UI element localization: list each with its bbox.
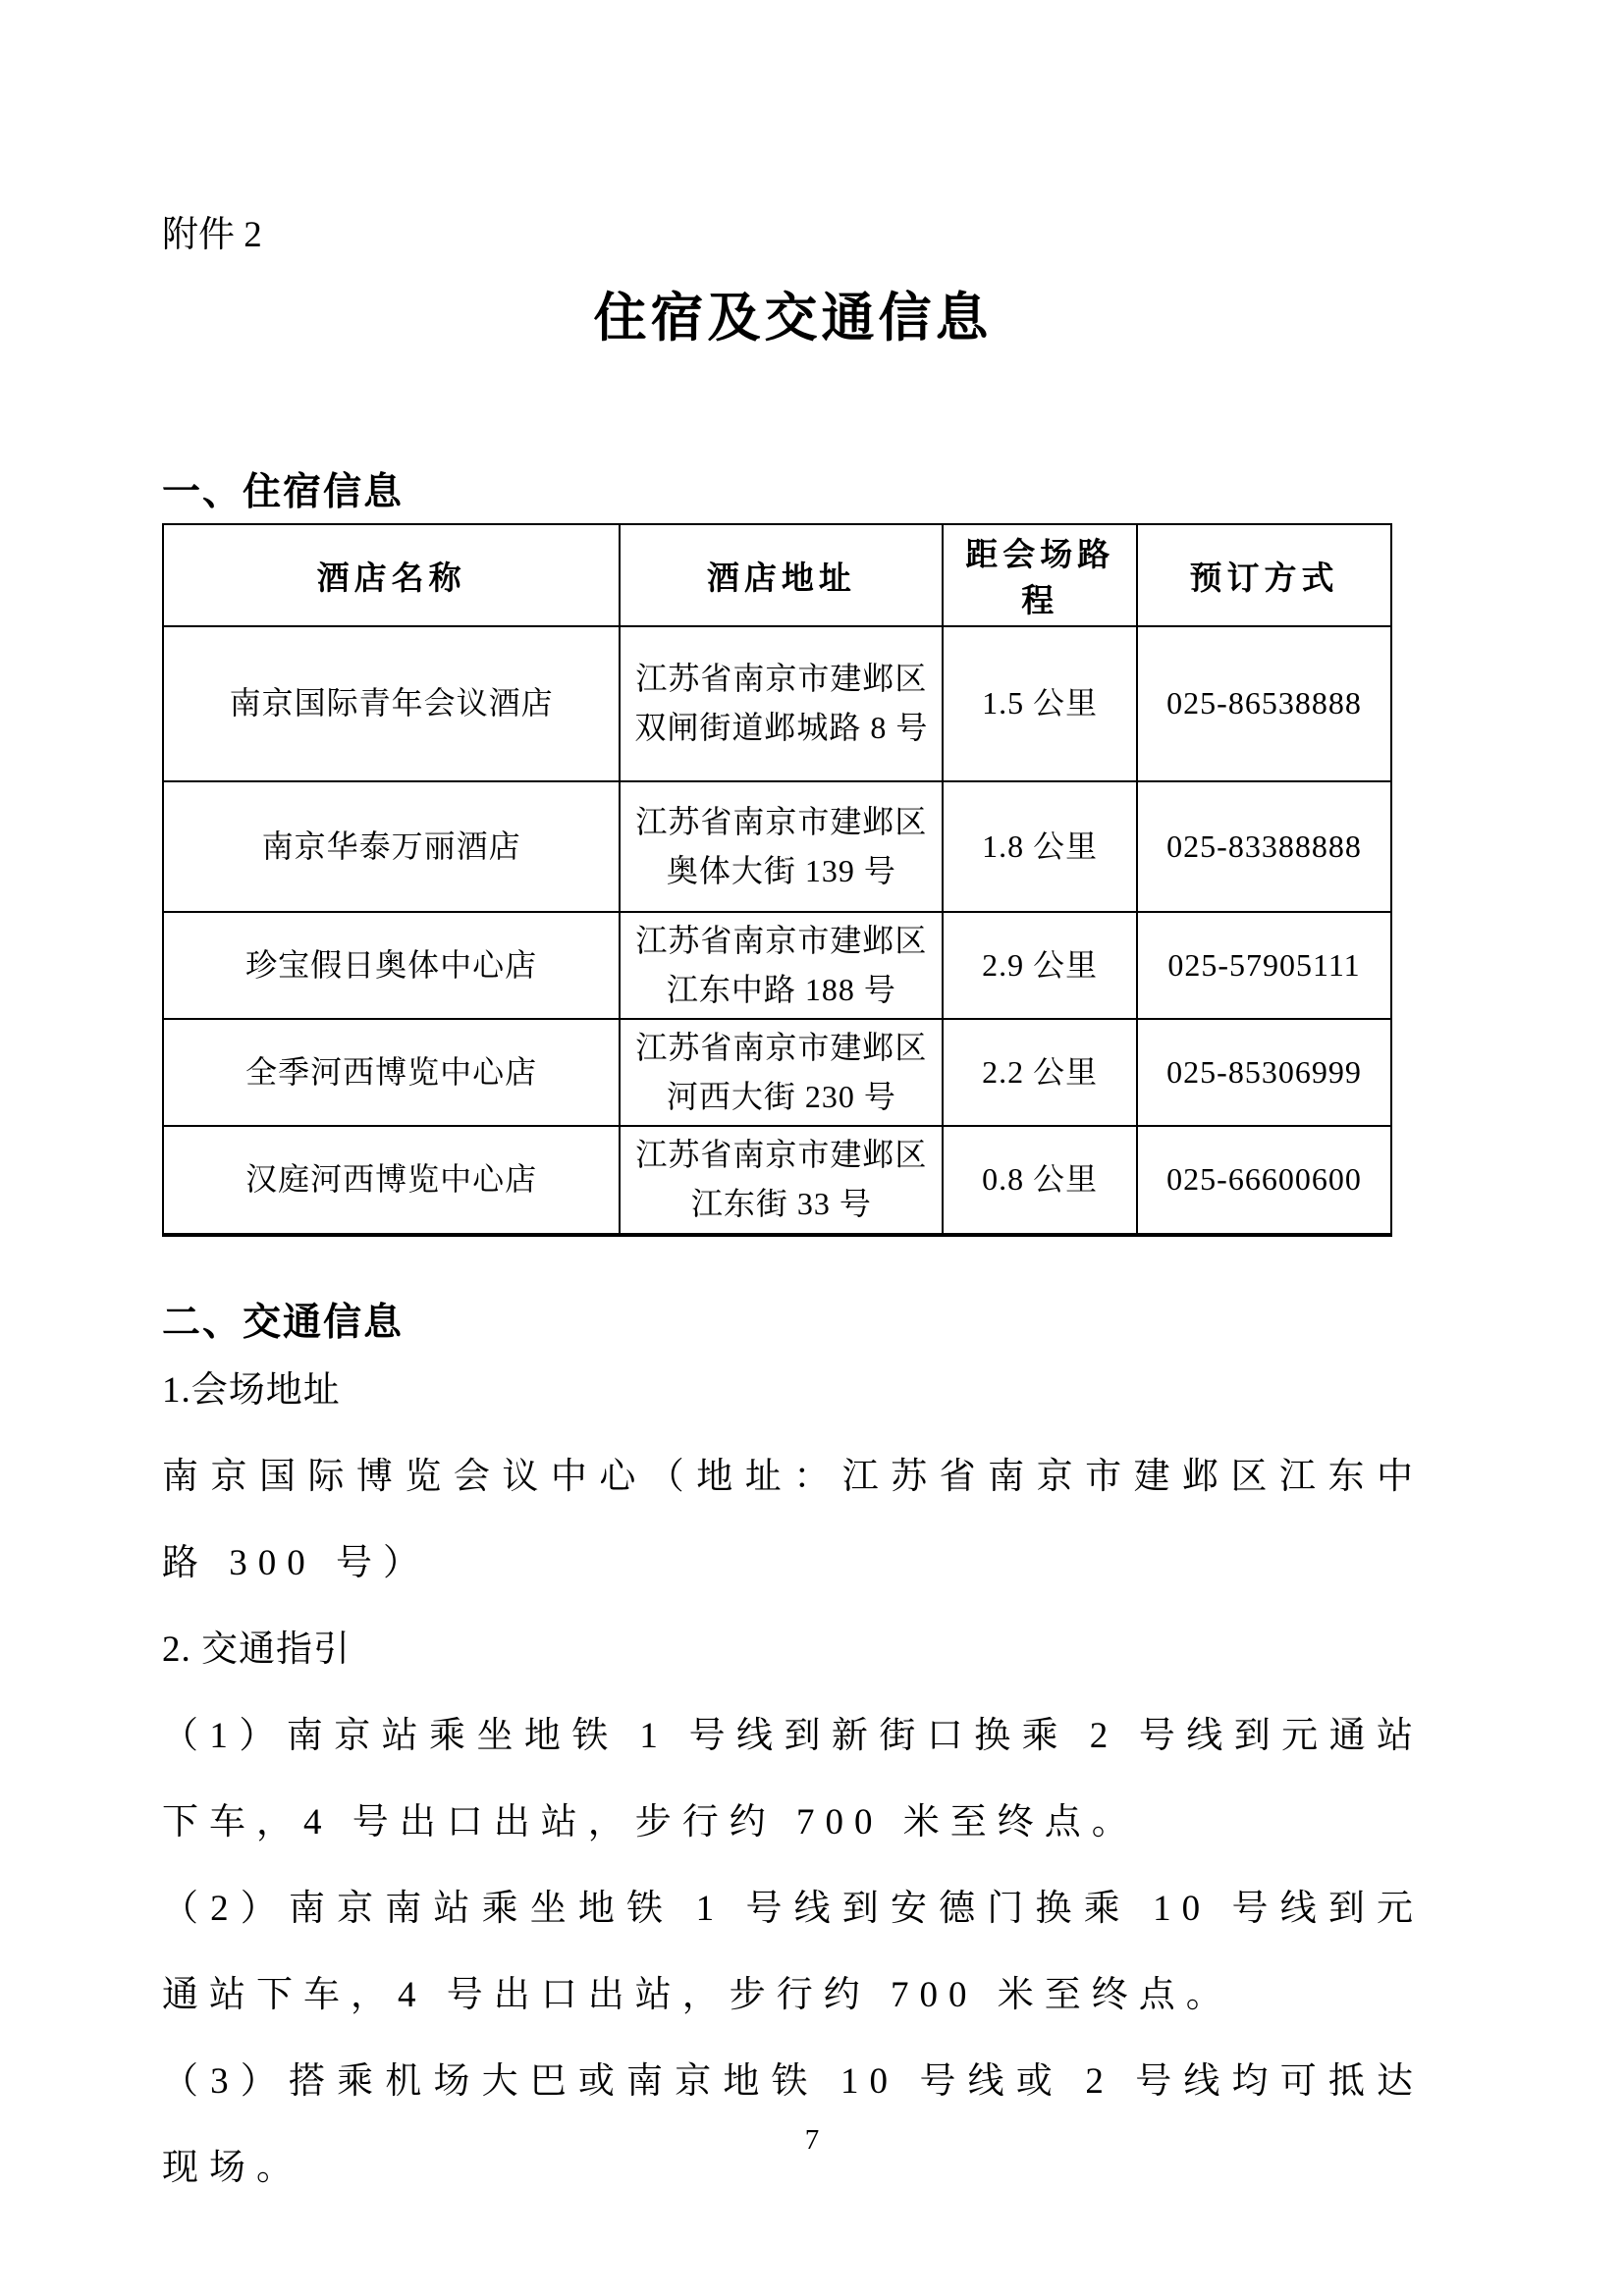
hotel-distance: 0.8 公里	[943, 1126, 1137, 1234]
table-row: 汉庭河西博览中心店 江苏省南京市建邺区江东街 33 号 0.8 公里 025-6…	[163, 1126, 1391, 1234]
table-row: 珍宝假日奥体中心店 江苏省南京市建邺区江东中路 188 号 2.9 公里 025…	[163, 912, 1391, 1019]
hotel-address: 江苏省南京市建邺区江东街 33 号	[620, 1126, 943, 1234]
traffic-guide-label: 2. 交通指引	[162, 1607, 1424, 1693]
hotel-name: 汉庭河西博览中心店	[163, 1126, 620, 1234]
document-title: 住宿及交通信息	[162, 285, 1424, 351]
section-heading-accommodation: 一、住宿信息	[162, 467, 1424, 517]
hotel-distance: 2.2 公里	[943, 1019, 1137, 1126]
page-number: 7	[0, 2124, 1624, 2157]
hotel-address: 江苏省南京市建邺区河西大街 230 号	[620, 1019, 943, 1126]
table-header-row: 酒店名称 酒店地址 距会场路程 预订方式	[163, 524, 1391, 626]
traffic-guide-item-1: （1）南京站乘坐地铁 1 号线到新街口换乘 2 号线到元通站下车，4 号出口出站…	[162, 1693, 1424, 1866]
column-header-distance: 距会场路程	[943, 524, 1137, 626]
hotel-name: 南京华泰万丽酒店	[163, 781, 620, 912]
hotel-address: 江苏省南京市建邺区双闸街道邺城路 8 号	[620, 626, 943, 781]
column-header-booking: 预订方式	[1137, 524, 1391, 626]
venue-address-text: 南京国际博览会议中心（地址：江苏省南京市建邺区江东中路 300 号）	[162, 1434, 1424, 1607]
hotel-phone: 025-85306999	[1137, 1019, 1391, 1126]
hotel-table: 酒店名称 酒店地址 距会场路程 预订方式 南京国际青年会议酒店 江苏省南京市建邺…	[162, 523, 1392, 1237]
hotel-address: 江苏省南京市建邺区奥体大街 139 号	[620, 781, 943, 912]
table-row: 南京国际青年会议酒店 江苏省南京市建邺区双闸街道邺城路 8 号 1.5 公里 0…	[163, 626, 1391, 781]
hotel-distance: 1.5 公里	[943, 626, 1137, 781]
traffic-info-block: 1.会场地址 南京国际博览会议中心（地址：江苏省南京市建邺区江东中路 300 号…	[162, 1348, 1424, 2212]
hotel-phone: 025-86538888	[1137, 626, 1391, 781]
hotel-distance: 1.8 公里	[943, 781, 1137, 912]
hotel-phone: 025-66600600	[1137, 1126, 1391, 1234]
attachment-label: 附件 2	[162, 211, 1424, 260]
column-header-hotel-address: 酒店地址	[620, 524, 943, 626]
hotel-distance: 2.9 公里	[943, 912, 1137, 1019]
hotel-phone: 025-57905111	[1137, 912, 1391, 1019]
hotel-name: 南京国际青年会议酒店	[163, 626, 620, 781]
venue-address-label: 1.会场地址	[162, 1348, 1424, 1434]
hotel-name: 珍宝假日奥体中心店	[163, 912, 620, 1019]
table-row: 全季河西博览中心店 江苏省南京市建邺区河西大街 230 号 2.2 公里 025…	[163, 1019, 1391, 1126]
hotel-name: 全季河西博览中心店	[163, 1019, 620, 1126]
hotel-phone: 025-83388888	[1137, 781, 1391, 912]
traffic-guide-item-2: （2）南京南站乘坐地铁 1 号线到安德门换乘 10 号线到元通站下车，4 号出口…	[162, 1866, 1424, 2039]
column-header-hotel-name: 酒店名称	[163, 524, 620, 626]
document-page: 附件 2 住宿及交通信息 一、住宿信息 酒店名称 酒店地址 距会场路程 预订方式…	[0, 0, 1624, 2296]
table-row: 南京华泰万丽酒店 江苏省南京市建邺区奥体大街 139 号 1.8 公里 025-…	[163, 781, 1391, 912]
hotel-address: 江苏省南京市建邺区江东中路 188 号	[620, 912, 943, 1019]
section-heading-traffic: 二、交通信息	[162, 1298, 1424, 1348]
